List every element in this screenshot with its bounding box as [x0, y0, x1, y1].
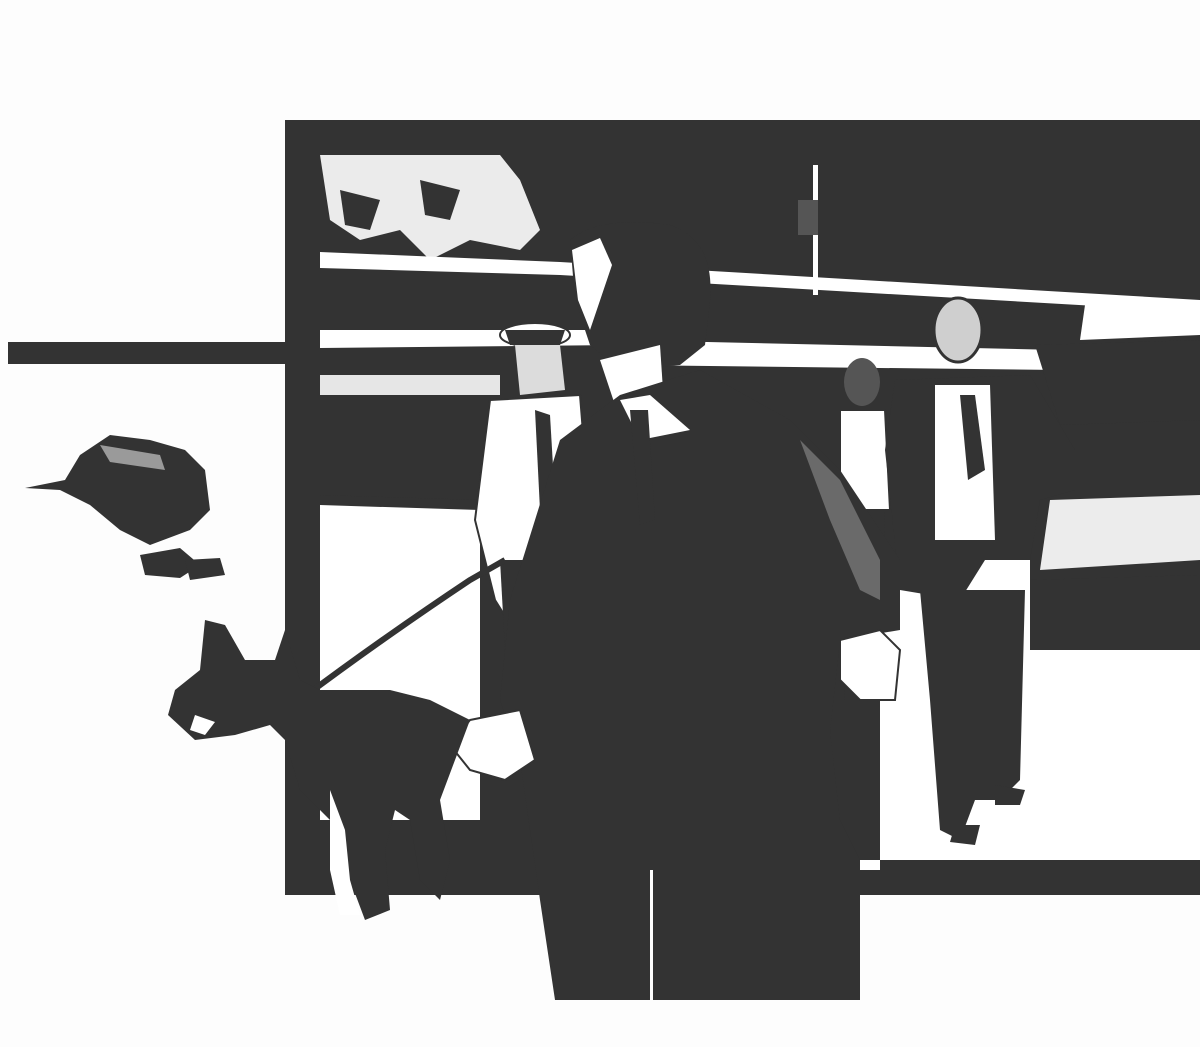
illustration-canvas: Crime scene: a man in a suit walks a dog…: [0, 0, 1200, 1047]
crime-scene-illustration: [0, 0, 1200, 1047]
